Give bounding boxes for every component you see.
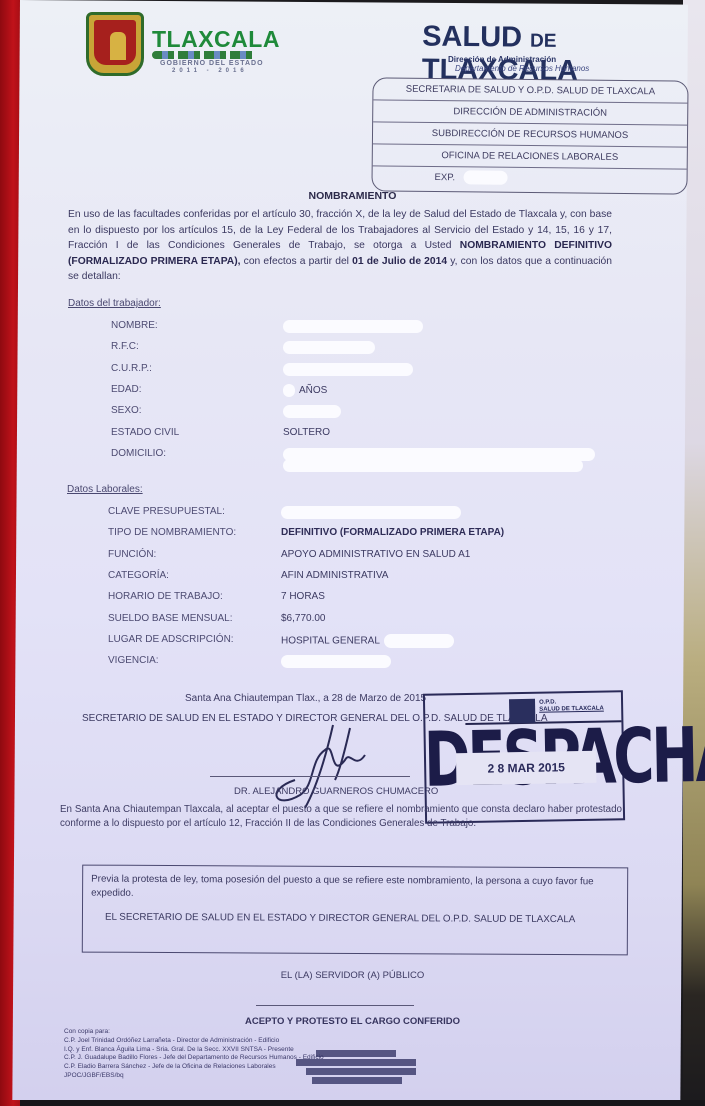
copy-recipient: C.P. Joel Trinidad Ordóñez Larrañeta - D… <box>64 1037 324 1046</box>
labor-field-text: $6,770.00 <box>281 613 326 624</box>
worker-field-label: SEXO: <box>111 405 142 416</box>
footer-stamp-mark <box>296 1050 426 1090</box>
labor-field-value: APOYO ADMINISTRATIVO EN SALUD A1 <box>281 549 470 560</box>
redacted-value <box>283 384 295 397</box>
copy-recipient: C.P. Eladio Barrera Sánchez - Jefe de la… <box>64 1063 324 1072</box>
header-box-row: SUBDIRECCIÓN DE RECURSOS HUMANOS <box>373 122 687 147</box>
redacted-exp-number <box>464 171 508 185</box>
possession-text: Previa la protesta de ley, toma posesión… <box>91 873 619 904</box>
document-title: NOMBRAMIENTO <box>0 190 705 202</box>
possession-authority: EL SECRETARIO DE SALUD EN EL ESTADO Y DI… <box>105 912 619 926</box>
tlaxcala-coat-of-arms-icon <box>86 12 144 76</box>
labor-field-text: APOYO ADMINISTRATIVO EN SALUD A1 <box>281 549 470 560</box>
brand-de: DE <box>530 31 557 52</box>
redacted-value <box>283 459 583 472</box>
worker-field-value: AÑOS <box>283 384 327 397</box>
intro-effective-date: 01 de Julio de 2014 <box>352 256 447 267</box>
worker-field-value <box>283 341 379 354</box>
copies-list: Con copia para: C.P. Joel Trinidad Ordóñ… <box>64 1028 324 1081</box>
worker-field-value <box>283 405 345 418</box>
signer-name: DR. ALEJANDRO GUARNEROS CHUMACERO <box>234 786 438 797</box>
labor-field-label: CATEGORÍA: <box>108 570 169 581</box>
labor-field-value: DEFINITIVO (FORMALIZADO PRIMERA ETAPA) <box>281 527 504 538</box>
redacted-value <box>283 363 413 376</box>
labor-field-label: FUNCIÓN: <box>108 549 156 560</box>
worker-field-label: C.U.R.P.: <box>111 363 152 374</box>
tlaxcala-logo-subtitle: GOBIERNO DEL ESTADO <box>160 60 264 67</box>
stamp-org-line: SALUD DE TLAXCALA <box>539 706 604 713</box>
exp-label: EXP. <box>435 172 456 183</box>
labor-field-label: CLAVE PRESUPUESTAL: <box>108 506 225 517</box>
acceptance-line: ACEPTO Y PROTESTO EL CARGO CONFERIDO <box>0 1016 705 1027</box>
tlaxcala-logo-ornament <box>152 51 256 59</box>
brand-salud: SALUD <box>422 21 522 54</box>
labor-field-label: HORARIO DE TRABAJO: <box>108 591 223 602</box>
worker-field-label: ESTADO CIVIL <box>111 427 179 438</box>
labor-field-value: $6,770.00 <box>281 613 326 624</box>
labor-field-value <box>281 506 465 519</box>
redacted-value <box>283 405 341 418</box>
labor-field-value <box>281 655 395 668</box>
header-box-exp: EXP. <box>372 166 686 191</box>
worker-field-value: SOLTERO <box>283 427 330 438</box>
labor-section-label: Datos Laborales: <box>67 484 143 495</box>
redacted-value <box>281 506 461 519</box>
header-box-row: OFICINA DE RELACIONES LABORALES <box>373 144 687 169</box>
place-date: Santa Ana Chiautempan Tlax., a 28 de Mar… <box>185 693 426 704</box>
worker-field-text: AÑOS <box>299 385 327 396</box>
possession-box: Previa la protesta de ley, toma posesión… <box>82 865 628 956</box>
redacted-value <box>281 655 391 668</box>
intro-text: con efectos a partir del <box>241 256 353 267</box>
labor-field-text: HOSPITAL GENERAL <box>281 635 380 646</box>
worker-section-label: Datos del trabajador: <box>68 298 161 309</box>
protest-paragraph: En Santa Ana Chiautempan Tlaxcala, al ac… <box>60 803 622 830</box>
copy-recipient: C.P. J. Guadalupe Badillo Flores - Jefe … <box>64 1054 324 1063</box>
stamp-date: 2 8 MAR 2015 <box>456 751 597 785</box>
office-header-box: SECRETARIA DE SALUD Y O.P.D. SALUD DE TL… <box>371 77 688 194</box>
intro-paragraph: En uso de las facultades conferidas por … <box>68 207 612 285</box>
copies-heading: Con copia para: <box>64 1028 324 1037</box>
header-box-row: SECRETARIA DE SALUD Y O.P.D. SALUD DE TL… <box>373 78 687 103</box>
worker-field-value <box>283 363 417 376</box>
labor-field-text: AFIN ADMINISTRATIVA <box>281 570 388 581</box>
worker-field-label: R.F.C: <box>111 341 139 352</box>
tlaxcala-logo-word: TLAXCALA <box>152 26 280 53</box>
servant-label: EL (LA) SERVIDOR (A) PÚBLICO <box>0 970 705 981</box>
labor-field-label: SUELDO BASE MENSUAL: <box>108 613 232 624</box>
redacted-value <box>283 341 375 354</box>
labor-field-value: HOSPITAL GENERAL <box>281 634 454 648</box>
labor-field-label: VIGENCIA: <box>108 655 159 666</box>
labor-field-value: 7 HORAS <box>281 591 325 602</box>
labor-field-text: DEFINITIVO (FORMALIZADO PRIMERA ETAPA) <box>281 527 504 538</box>
brand-direction: Dirección de Administración <box>448 55 556 64</box>
redacted-value <box>283 320 423 333</box>
copy-reference: JPOC/JGBF/EBS/bq <box>64 1072 324 1081</box>
stamp-org-line: O.P.D. <box>539 699 556 705</box>
labor-field-label: LUGAR DE ADSCRIPCIÓN: <box>108 634 234 645</box>
labor-field-text: 7 HORAS <box>281 591 325 602</box>
copy-recipient: I.Q. y Enf. Blanca Águila Lima - Sria. G… <box>64 1046 324 1055</box>
worker-field-value <box>283 320 427 333</box>
tlaxcala-logo-years: 2011 - 2016 <box>172 68 248 74</box>
worker-field-label: NOMBRE: <box>111 320 158 331</box>
redacted-value <box>384 634 454 648</box>
background-edge <box>20 1100 705 1106</box>
signature-line <box>210 776 410 777</box>
servant-signature-line <box>256 1005 414 1006</box>
brand-department: Departamento de Recursos Humanos <box>455 64 589 73</box>
header-box-row: DIRECCIÓN DE ADMINISTRACIÓN <box>373 100 687 125</box>
labor-field-label: TIPO DE NOMBRAMIENTO: <box>108 527 236 538</box>
worker-field-label: EDAD: <box>111 384 142 395</box>
worker-field-label: DOMICILIO: <box>111 448 166 459</box>
worker-field-text: SOLTERO <box>283 427 330 438</box>
labor-field-value: AFIN ADMINISTRATIVA <box>281 570 388 581</box>
